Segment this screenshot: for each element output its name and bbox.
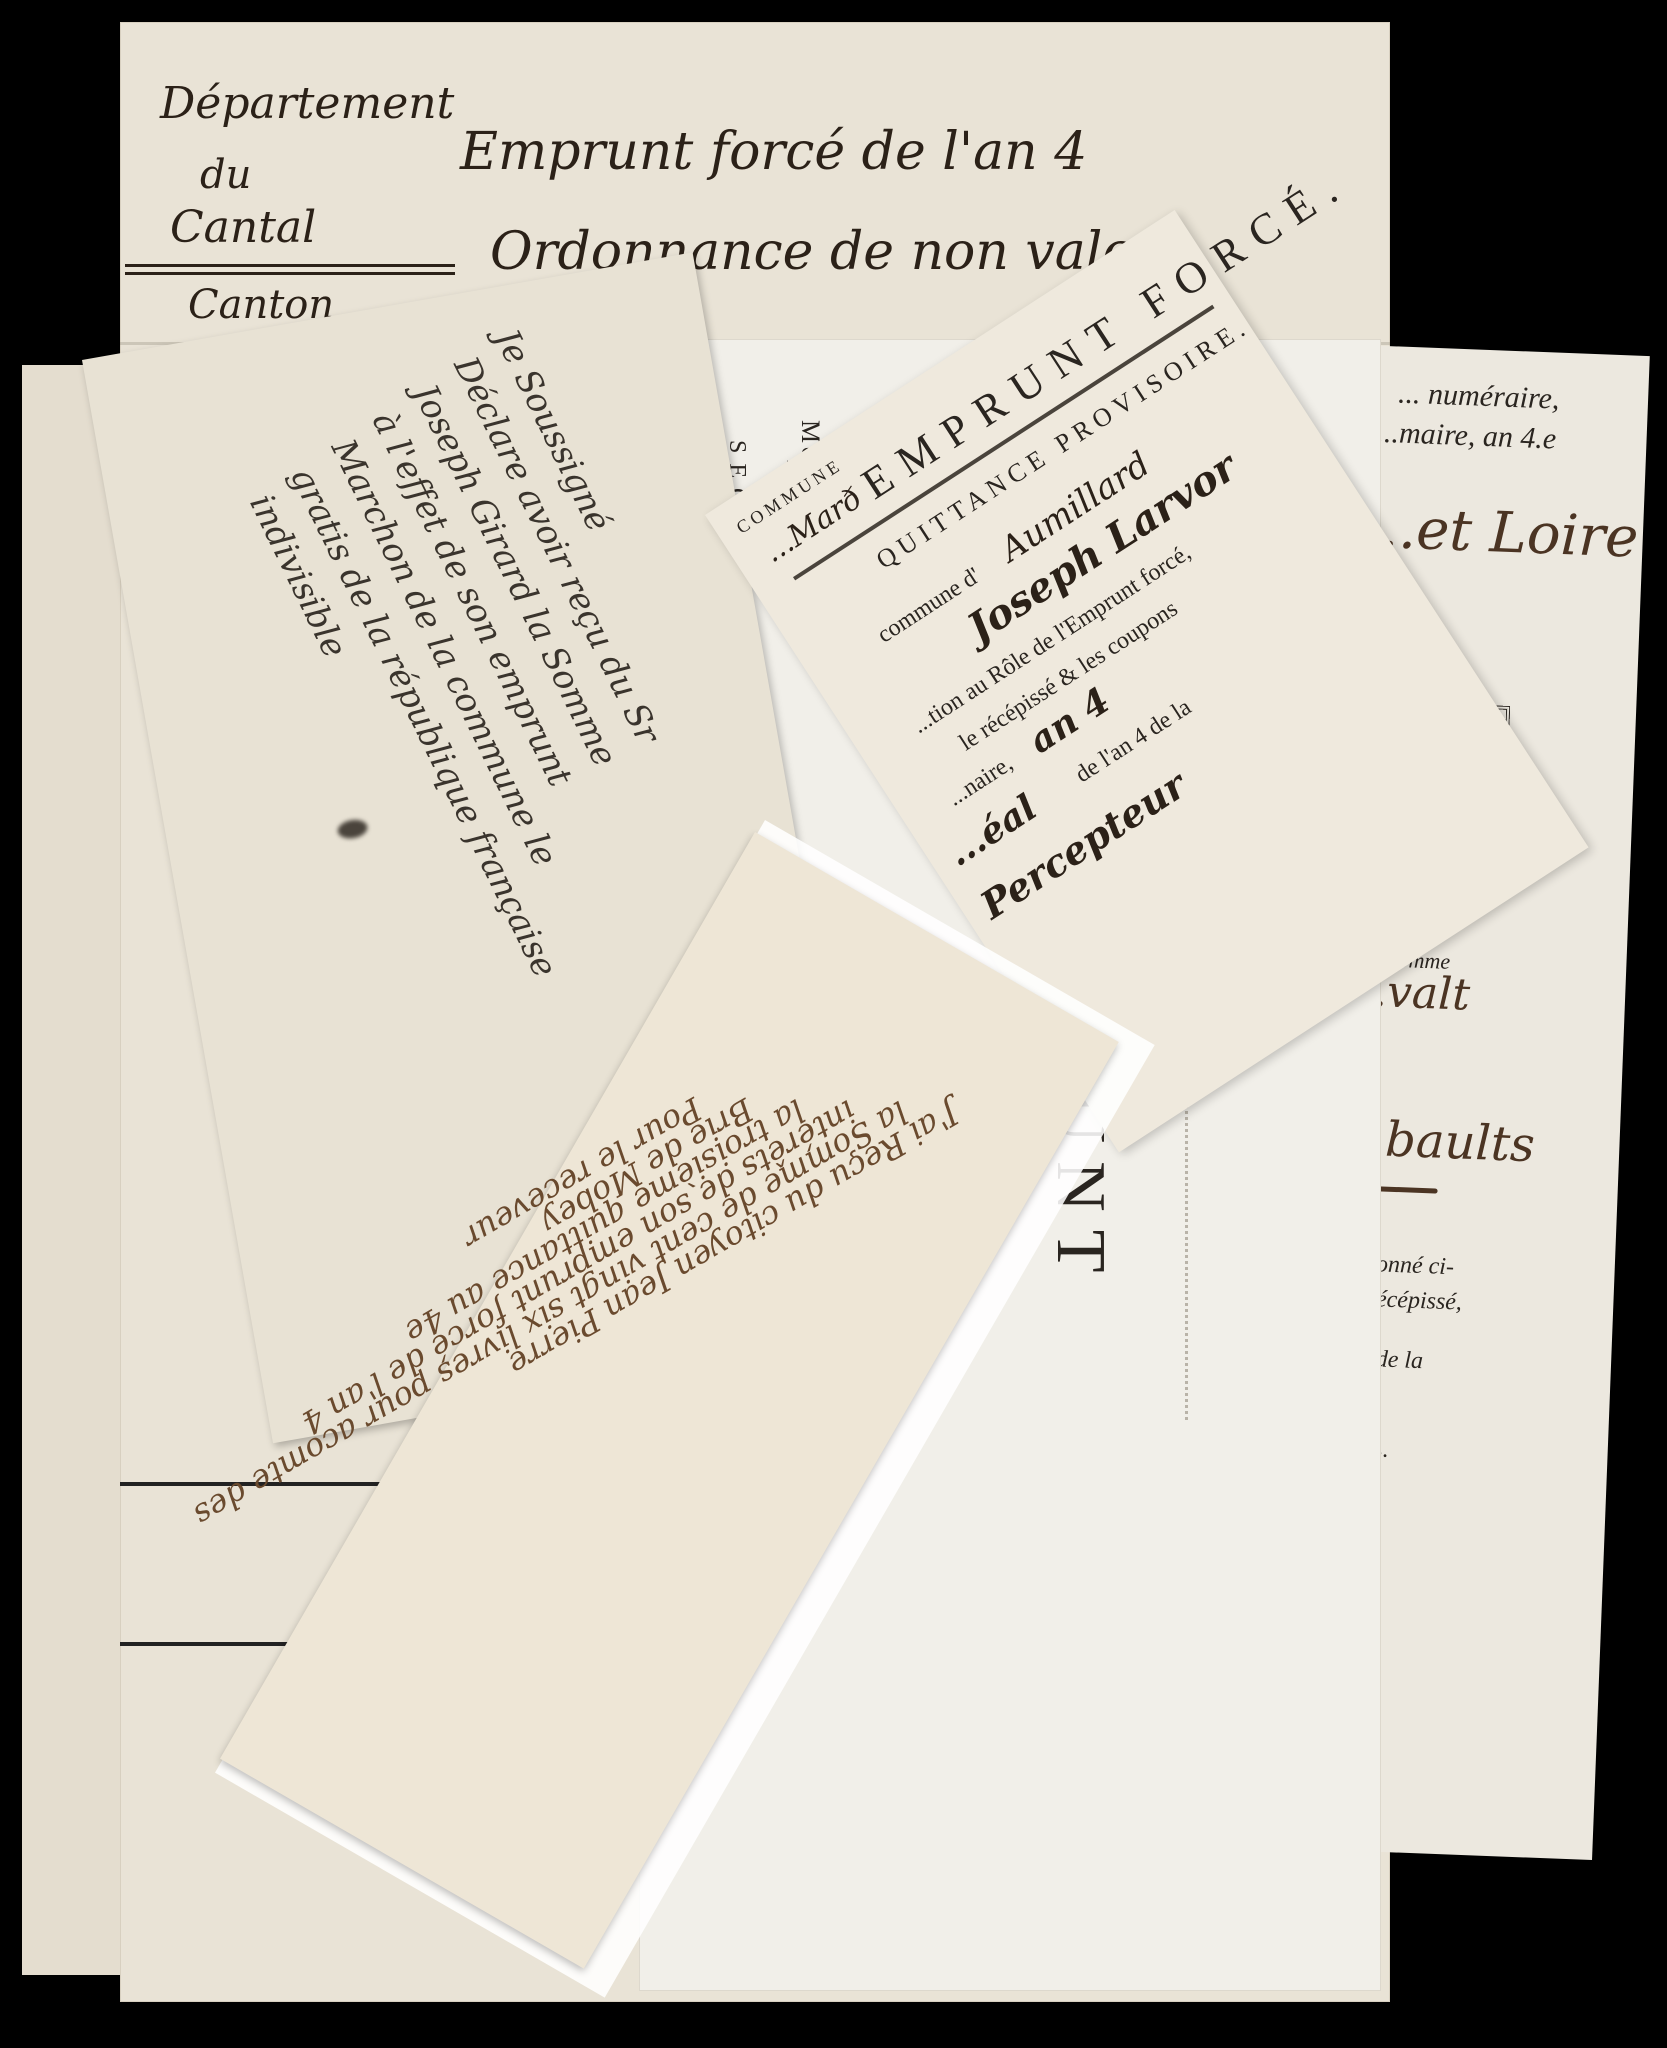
card-line: la Somme de cent vingt six livres pour a… [187,1093,914,1535]
front-receipt-note: J'ai Reçu du citoyen Jean Pierre la Somm… [165,820,965,1920]
cantal-label: Cantal [170,202,316,253]
department-label: Département [160,82,454,126]
double-rule-top [125,264,455,267]
double-rule-bottom [125,272,455,275]
sheet-title-line1: Emprunt forcé de l'an 4 [460,122,1087,182]
handwritten-place: ...et Loire [1362,495,1640,571]
printed-line: ... numéraire, [1398,377,1561,417]
photo-scene: Département du Cantal Canton Emprunt for… [0,0,1667,2048]
printed-line: ...maire, an 4.e [1376,416,1557,457]
card-line: intérêts de son emprunt forcé de l'an 4 [295,1092,863,1442]
du-label: du [200,152,251,198]
